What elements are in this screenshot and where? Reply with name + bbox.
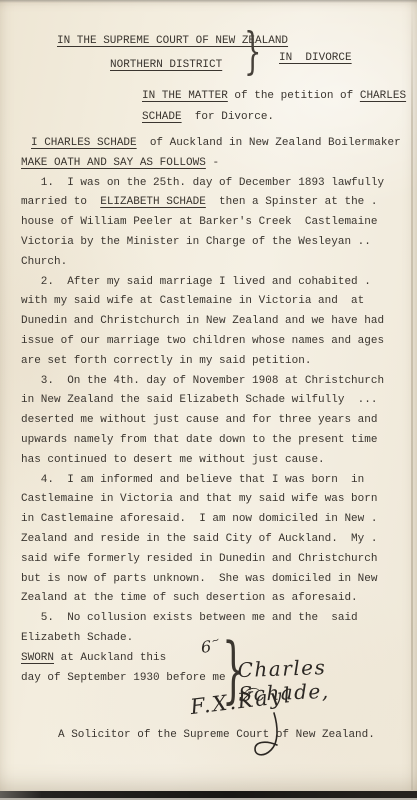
typewritten-line: Dunedin and Christchurch in New Zealand … (21, 312, 401, 332)
sworn-clause: SWORN at Auckland thisday of September 1… (21, 648, 226, 688)
division-label-text: IN DIVORCE (279, 52, 352, 64)
text-run: married to (21, 196, 100, 208)
text-run: but is now of parts unknown. She was dom… (21, 573, 377, 585)
underlined-text: SWORN (21, 652, 54, 664)
text-run: 4. I am informed and believe that I was … (21, 474, 364, 486)
matter-clause: IN THE MATTER of the petition of CHARLES… (142, 86, 406, 128)
text-run: day of September 1930 before me (21, 672, 226, 684)
text-run: said wife formerly resided in Dunedin an… (21, 553, 377, 565)
affidavit-paragraph-4: 4. I am informed and believe that I was … (21, 471, 401, 610)
header-brace: } (244, 26, 261, 76)
text-run: has continued to desert me without just … (21, 454, 325, 466)
text-run: Zealand at the time of such desertion as… (21, 592, 358, 604)
typewritten-line: house of William Peeler at Barker's Cree… (21, 213, 401, 233)
typewritten-line: day of September 1930 before me (21, 668, 226, 688)
text-run: - (206, 157, 219, 169)
typewritten-line: MAKE OATH AND SAY AS FOLLOWS - (21, 154, 401, 174)
typewritten-line: Victoria by the Minister in Charge of th… (21, 233, 401, 253)
typewritten-line: 4. I am informed and believe that I was … (21, 471, 401, 491)
handwritten-day-number: 6~ (200, 636, 220, 657)
typewritten-line: deserted me without just cause and for t… (21, 411, 401, 431)
underlined-text: I CHARLES SCHADE (31, 137, 137, 149)
scan-top-edge (0, 0, 417, 3)
typewritten-line: issue of our marriage two children whose… (21, 332, 401, 352)
scanned-affidavit-page: IN THE SUPREME COURT OF NEW ZEALAND NORT… (0, 0, 417, 800)
text-run: are set forth correctly in my said petit… (21, 355, 311, 367)
typewritten-line: with my said wife at Castlemaine in Vict… (21, 292, 401, 312)
typewritten-line: I CHARLES SCHADE of Auckland in New Zeal… (21, 134, 401, 154)
typewritten-line: Church. (21, 253, 401, 273)
typewritten-line: in New Zealand the said Elizabeth Schade… (21, 391, 401, 411)
text-run: 2. After my said marriage I lived and co… (21, 276, 371, 288)
typewritten-line: 3. On the 4th. day of November 1908 at C… (21, 372, 401, 392)
typewritten-line: Castlemaine in Victoria and that my said… (21, 490, 401, 510)
text-run: then a Spinster at the . (206, 196, 378, 208)
text-run: issue of our marriage two children whose… (21, 335, 384, 347)
typewritten-line: are set forth correctly in my said petit… (21, 352, 401, 372)
typewritten-line: IN THE MATTER of the petition of CHARLES (142, 86, 406, 107)
affidavit-body: I CHARLES SCHADE of Auckland in New Zeal… (21, 134, 401, 649)
text-run: Victoria by the Minister in Charge of th… (21, 236, 371, 248)
underlined-text: IN THE MATTER (142, 90, 228, 102)
text-run: of the petition of (228, 90, 360, 102)
typewritten-line: Zealand at the time of such desertion as… (21, 589, 401, 609)
typewritten-line: but is now of parts unknown. She was dom… (21, 570, 401, 590)
affidavit-paragraph-1: 1. I was on the 25th. day of December 18… (21, 174, 401, 273)
underlined-text: MAKE OATH AND SAY AS FOLLOWS (21, 157, 206, 169)
text-run: Church. (21, 256, 67, 268)
typewritten-line: 5. No collusion exists between me and th… (21, 609, 401, 629)
district-heading-text: NORTHERN DISTRICT (110, 59, 222, 71)
typewritten-line: in Castlemaine aforesaid. I am now domic… (21, 510, 401, 530)
text-run: of Auckland in New Zealand Boilermaker (137, 137, 401, 149)
scan-right-edge-shadow (411, 0, 413, 790)
typewritten-line: has continued to desert me without just … (21, 451, 401, 471)
typewritten-line: 2. After my said marriage I lived and co… (21, 273, 401, 293)
underlined-text: ELIZABETH SCHADE (100, 196, 206, 208)
text-run: at Auckland this (54, 652, 166, 664)
text-run: 3. On the 4th. day of November 1908 at C… (21, 375, 384, 387)
typewritten-line: said wife formerly resided in Dunedin an… (21, 550, 401, 570)
text-run: in New Zealand the said Elizabeth Schade… (21, 394, 377, 406)
text-run: Castlemaine in Victoria and that my said… (21, 493, 377, 505)
underlined-text: SCHADE (142, 111, 182, 123)
text-run: upwards namely from that date down to th… (21, 434, 377, 446)
affidavit-paragraph-2: 2. After my said marriage I lived and co… (21, 273, 401, 372)
text-run: for Divorce. (182, 111, 274, 123)
oath-preamble: I CHARLES SCHADE of Auckland in New Zeal… (21, 134, 401, 174)
district-heading: NORTHERN DISTRICT (110, 59, 222, 71)
solicitor-title-line: A Solicitor of the Supreme Court of New … (58, 729, 375, 741)
typewritten-line: SCHADE for Divorce. (142, 107, 406, 128)
text-run: deserted me without just cause and for t… (21, 414, 377, 426)
text-run: 5. No collusion exists between me and th… (21, 612, 358, 624)
text-run: 1. I was on the 25th. day of December 18… (21, 177, 384, 189)
scan-bottom-edge (0, 791, 417, 798)
typewritten-line: upwards namely from that date down to th… (21, 431, 401, 451)
affidavit-paragraph-3: 3. On the 4th. day of November 1908 at C… (21, 372, 401, 471)
text-run: house of William Peeler at Barker's Cree… (21, 216, 377, 228)
typewritten-line: married to ELIZABETH SCHADE then a Spins… (21, 193, 401, 213)
text-run: with my said wife at Castlemaine in Vict… (21, 295, 364, 307)
text-run: Zealand and reside in the said City of A… (21, 533, 377, 545)
underlined-text: CHARLES (360, 90, 406, 102)
typewritten-line: SWORN at Auckland this (21, 648, 226, 668)
text-run: Dunedin and Christchurch in New Zealand … (21, 315, 384, 327)
typewritten-line: Zealand and reside in the said City of A… (21, 530, 401, 550)
division-label: IN DIVORCE (279, 52, 352, 64)
text-run: in Castlemaine aforesaid. I am now domic… (21, 513, 377, 525)
text-run: Elizabeth Schade. (21, 632, 133, 644)
typewritten-line: 1. I was on the 25th. day of December 18… (21, 174, 401, 194)
